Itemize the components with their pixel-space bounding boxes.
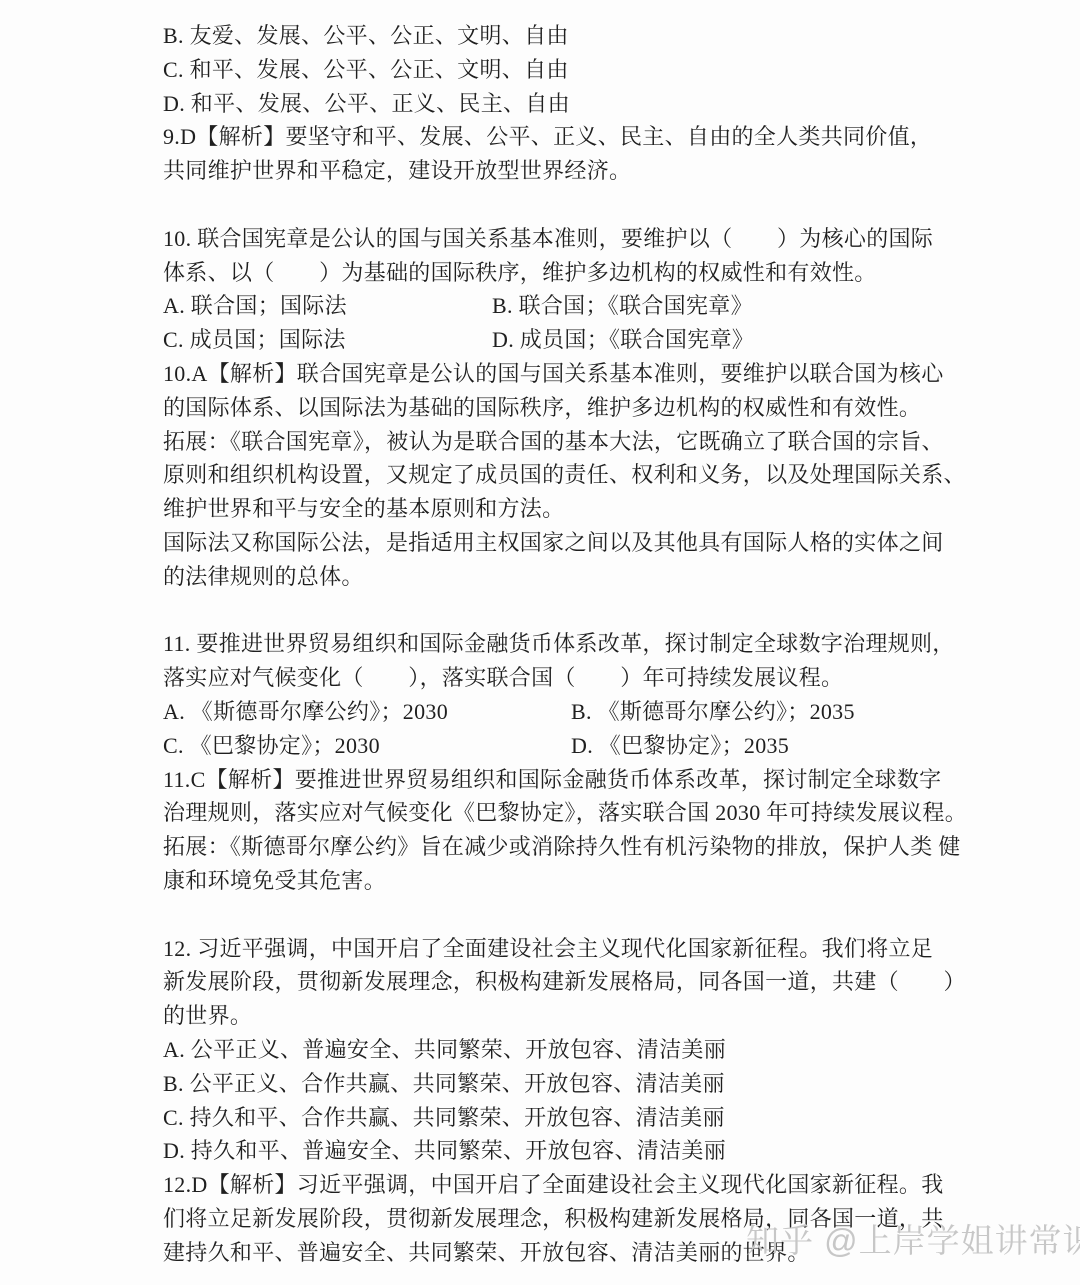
question-11-section-line: 落实应对气候变化（ ），落实联合国（ ）年可持续发展议程。 (163, 661, 963, 695)
question-10-section-line: 拓展：《联合国宪章》，被认为是联合国的基本大法，它既确立了联合国的宗旨、 (163, 425, 963, 459)
question-9-section-line: 9.D【解析】要坚守和平、发展、公平、正义、民主、自由的全人类共同价值， (163, 120, 963, 154)
blank-line (163, 188, 963, 222)
question-12-section-line: 新发展阶段，贯彻新发展理念，积极构建新发展格局，同各国一道，共建（ ） (163, 965, 963, 999)
question-12-section-line: D. 持久和平、普遍安全、共同繁荣、开放包容、清洁美丽 (163, 1134, 963, 1168)
option-b: B. 联合国；《联合国宪章》 (492, 289, 753, 323)
question-9-section-line: B. 友爱、发展、公平、公正、文明、自由 (163, 19, 963, 53)
question-12-section-line: C. 持久和平、合作共赢、共同繁荣、开放包容、清洁美丽 (163, 1101, 963, 1135)
document-body: B. 友爱、发展、公平、公正、文明、自由C. 和平、发展、公平、公正、文明、自由… (163, 19, 963, 1269)
zhihu-watermark: 知乎 @上岸学姐讲常识 (746, 1221, 1080, 1261)
question-11-section-line: 治理规则，落实应对气候变化《巴黎协定》，落实联合国 2030 年可持续发展议程。 (163, 796, 963, 830)
question-12-section-line: B. 公平正义、合作共赢、共同繁荣、开放包容、清洁美丽 (163, 1067, 963, 1101)
question-10-section-line: 体系、以（ ）为基础的国际秩序，维护多边机构的权威性和有效性。 (163, 256, 963, 290)
question-12-section-line: 12. 习近平强调，中国开启了全面建设社会主义现代化国家新征程。我们将立足 (163, 932, 963, 966)
question-9-section-line: 共同维护世界和平稳定，建设开放型世界经济。 (163, 154, 963, 188)
question-9-section-line: C. 和平、发展、公平、公正、文明、自由 (163, 53, 963, 87)
option-c: C. 《巴黎协定》；2030 (163, 729, 380, 763)
question-11-section-line: 11. 要推进世界贸易组织和国际金融货币体系改革，探讨制定全球数字治理规则， (163, 627, 963, 661)
question-10-section-line: 10. 联合国宪章是公认的国与国关系基本准则，要维护以（ ）为核心的国际 (163, 222, 963, 256)
question-10-section-line: 国际法又称国际公法，是指适用主权国家之间以及其他具有国际人格的实体之间 (163, 526, 963, 560)
option-a: A. 《斯德哥尔摩公约》；2030 (163, 695, 448, 729)
question-12-section-line: 12.D【解析】习近平强调，中国开启了全面建设社会主义现代化国家新征程。我 (163, 1168, 963, 1202)
question-10-section-line: A. 联合国；国际法B. 联合国；《联合国宪章》 (163, 289, 963, 323)
option-b: B. 《斯德哥尔摩公约》；2035 (571, 695, 855, 729)
question-10-section-line: 原则和组织机构设置，又规定了成员国的责任、权利和义务，以及处理国际关系、 (163, 458, 963, 492)
blank-line (163, 594, 963, 628)
option-a: A. 联合国；国际法 (163, 289, 347, 323)
document-page: B. 友爱、发展、公平、公正、文明、自由C. 和平、发展、公平、公正、文明、自由… (0, 0, 1080, 1285)
question-11-section-line: C. 《巴黎协定》；2030D. 《巴黎协定》；2035 (163, 729, 963, 763)
option-d: D. 《巴黎协定》；2035 (571, 729, 789, 763)
option-c: C. 成员国；国际法 (163, 323, 346, 357)
question-11-section-line: A. 《斯德哥尔摩公约》；2030B. 《斯德哥尔摩公约》；2035 (163, 695, 963, 729)
question-11-section-line: 拓展：《斯德哥尔摩公约》旨在减少或消除持久性有机污染物的排放，保护人类 健 (163, 830, 963, 864)
question-10-section-line: 10.A【解析】联合国宪章是公认的国与国关系基本准则，要维护以联合国为核心 (163, 357, 963, 391)
option-d: D. 成员国；《联合国宪章》 (492, 323, 754, 357)
question-10-section-line: 维护世界和平与安全的基本原则和方法。 (163, 492, 963, 526)
question-9-section-line: D. 和平、发展、公平、正义、民主、自由 (163, 87, 963, 121)
question-11-section-line: 康和环境免受其危害。 (163, 864, 963, 898)
question-10-section-line: 的法律规则的总体。 (163, 560, 963, 594)
question-12-section-line: 的世界。 (163, 999, 963, 1033)
question-12-section-line: A. 公平正义、普遍安全、共同繁荣、开放包容、清洁美丽 (163, 1033, 963, 1067)
question-11-section-line: 11.C【解析】要推进世界贸易组织和国际金融货币体系改革，探讨制定全球数字 (163, 763, 963, 797)
question-10-section-line: 的国际体系、以国际法为基础的国际秩序，维护多边机构的权威性和有效性。 (163, 391, 963, 425)
blank-line (163, 898, 963, 932)
question-10-section-line: C. 成员国；国际法D. 成员国；《联合国宪章》 (163, 323, 963, 357)
